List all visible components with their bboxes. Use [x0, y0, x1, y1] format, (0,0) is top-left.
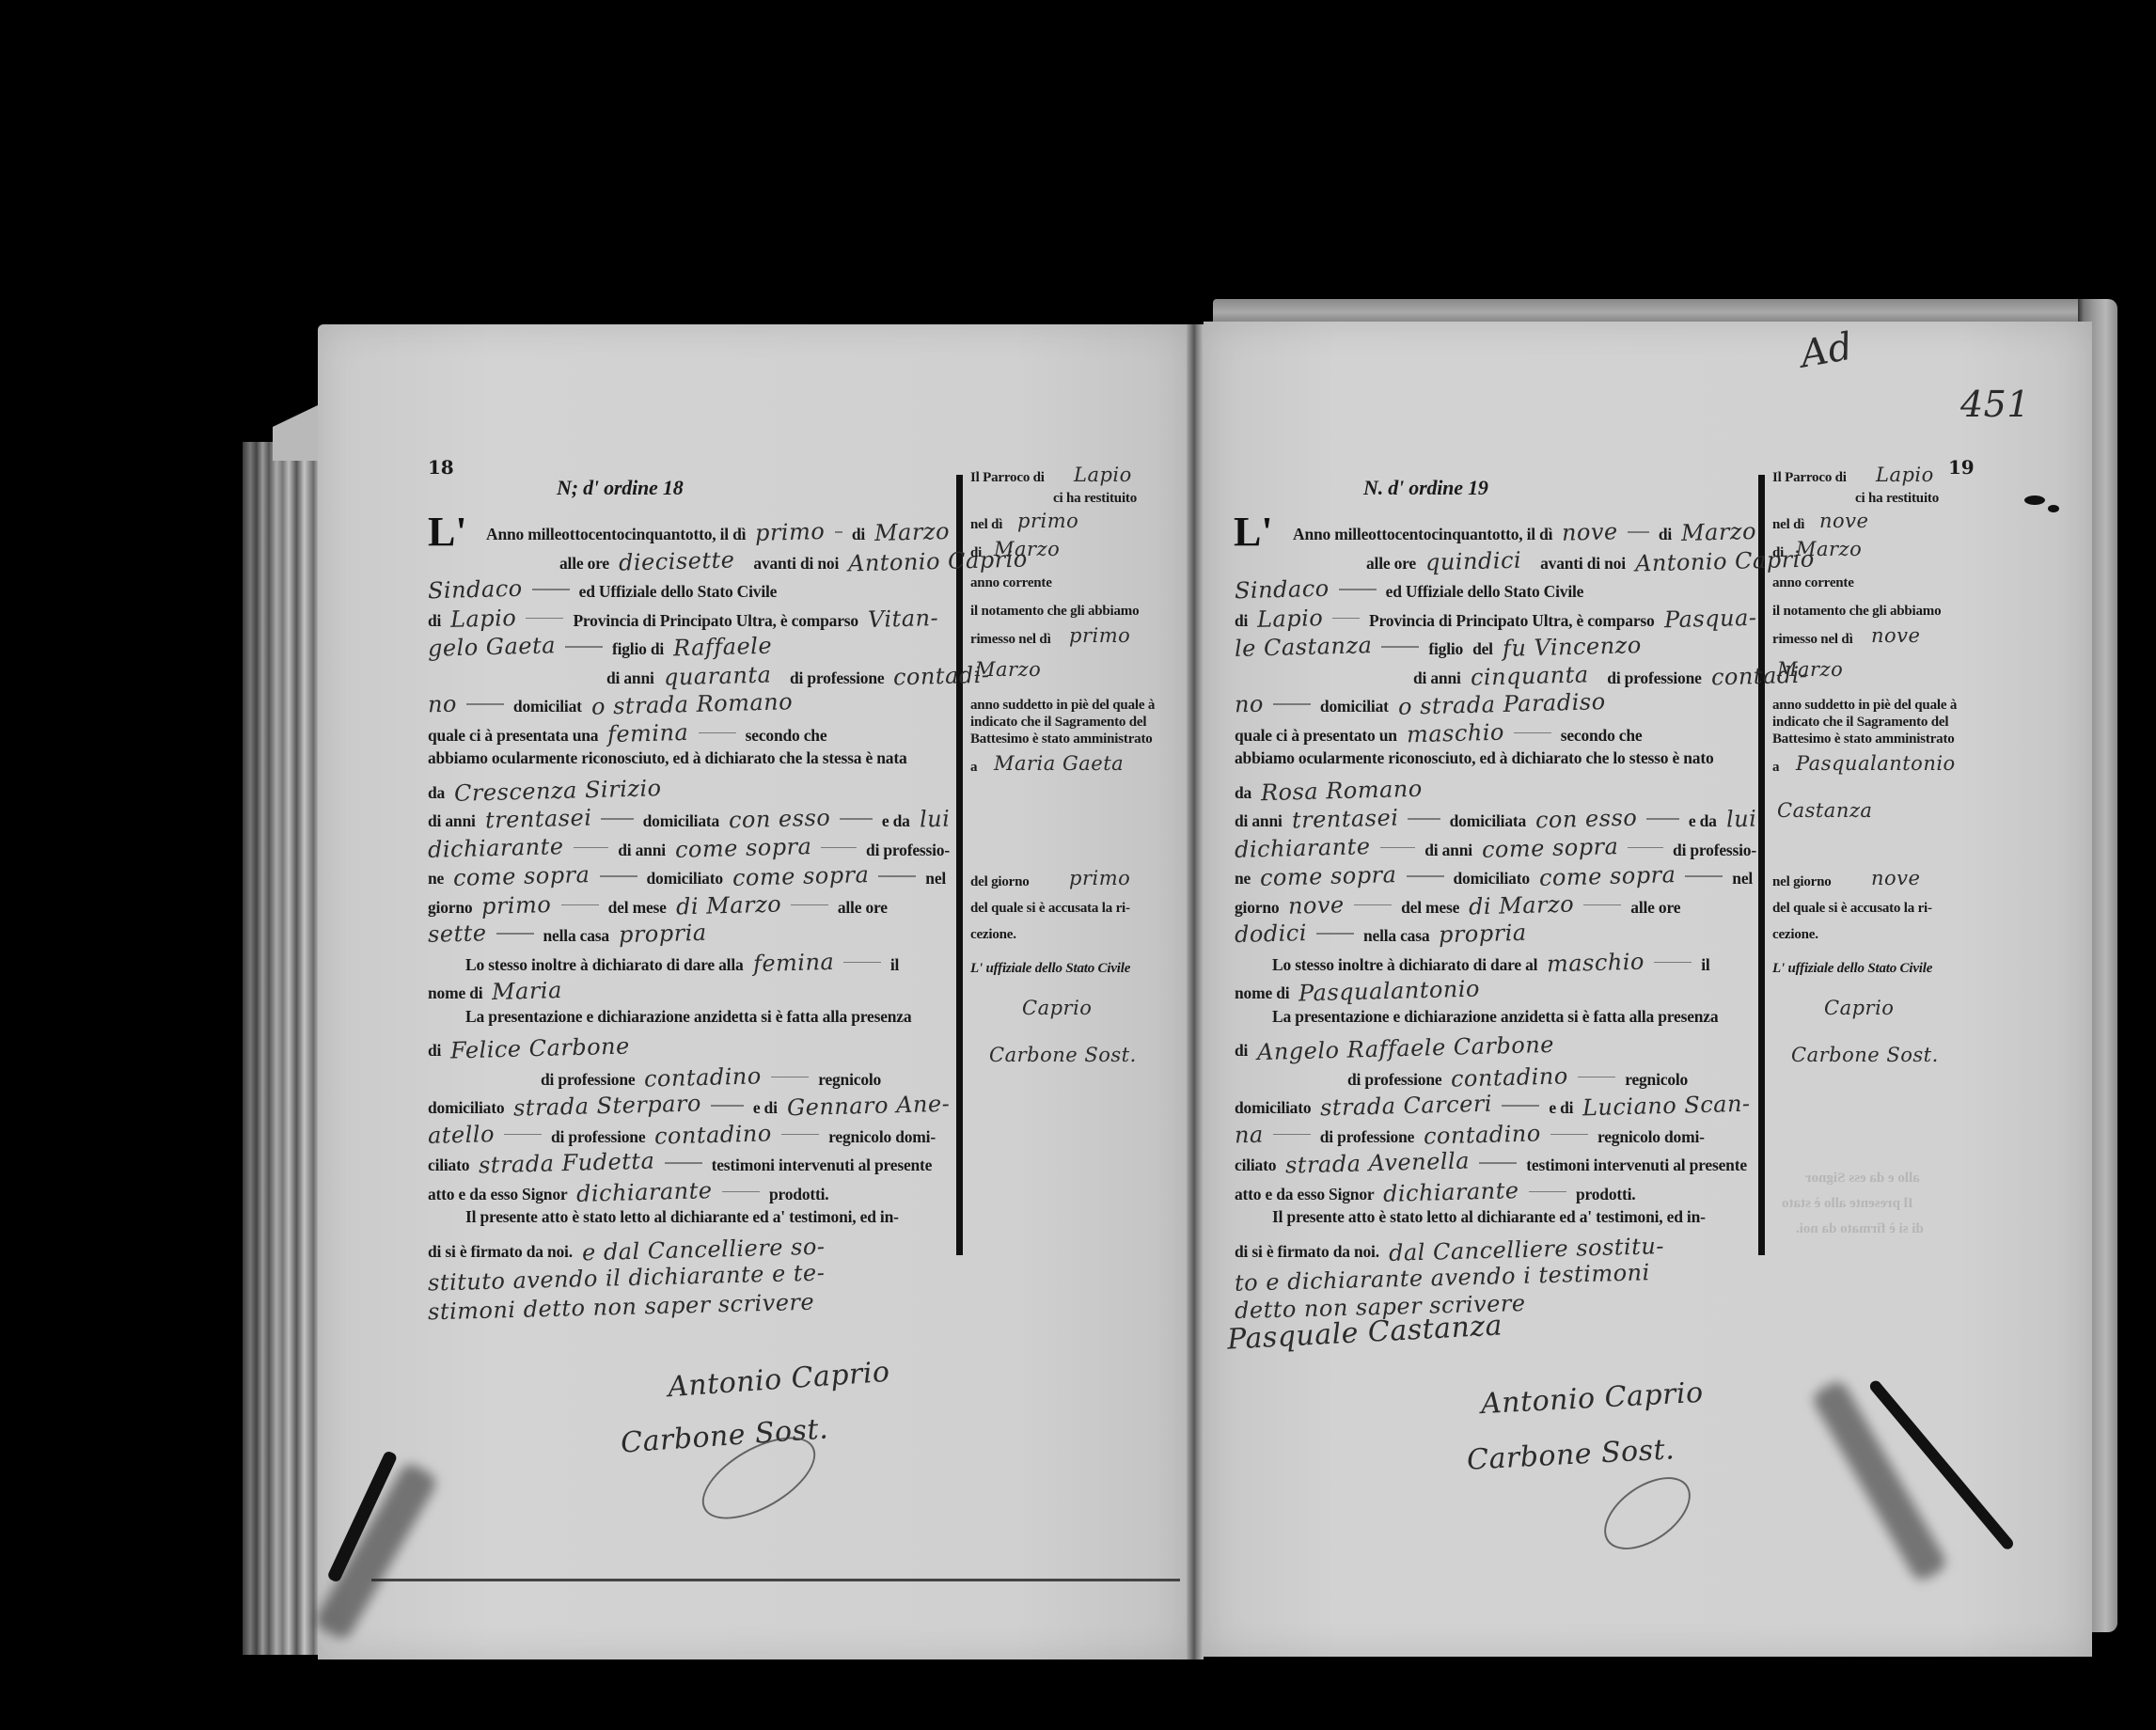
- margin-signature: Caprio: [1824, 997, 1894, 1019]
- handwritten-field: cinquanta: [1470, 661, 1588, 690]
- right-entry-number: N. d' ordine 19: [1363, 476, 1488, 500]
- handwritten-field: trentasei: [484, 805, 591, 834]
- entry-line: diAngelo Raffaele Carbone: [1235, 1035, 1756, 1062]
- fill-line: [722, 1191, 760, 1193]
- printed-text: abbiamo ocularmente riconosciuto, ed à d…: [428, 748, 907, 768]
- fill-line: [1578, 1077, 1615, 1078]
- rimesso-label: rimesso nel dì: [1772, 632, 1853, 648]
- right-initial-letter: L': [1234, 508, 1273, 556]
- entry-line: nadi professionecontadinoregnicolo domi-: [1235, 1122, 1756, 1148]
- book-left-flap: [273, 404, 320, 461]
- suddetto-line: Battesimo è stato amministrato: [1772, 731, 1955, 747]
- entry-line: Sindacoed Uffiziale dello Stato Civile: [1235, 576, 1756, 603]
- entry-line: giornonovedel mesedi Marzoalle ore: [1235, 892, 1756, 919]
- entry-line: di professionecontadinoregnicolo: [541, 1064, 950, 1091]
- entry-line: daCrescenza Sirizio: [428, 778, 950, 804]
- fill-line: [1273, 703, 1311, 705]
- handwritten-field: come sopra: [732, 861, 870, 891]
- fill-line: [1381, 646, 1419, 648]
- handwritten-field: Marzo: [874, 518, 951, 546]
- printed-text: domiciliata: [1450, 811, 1526, 831]
- show-through-text: allo e da ess Signor: [1805, 1171, 1920, 1187]
- entry-line: giornoprimodel mesedi Marzoalle ore: [428, 892, 950, 919]
- left-page-number: 18: [428, 456, 453, 479]
- printed-text: regnicolo domi-: [828, 1127, 936, 1147]
- handwritten-field: stimoni detto non saper scrivere: [428, 1288, 815, 1325]
- entry-line: atto e da esso Signordichiaranteprodotti…: [1235, 1179, 1756, 1205]
- handwritten-field: nove: [1562, 518, 1618, 546]
- printed-text: ed Uffiziale dello Stato Civile: [1386, 582, 1584, 602]
- printed-text: domiciliat: [513, 697, 582, 716]
- rimesso-value: nove: [1871, 624, 1920, 647]
- handwritten-field: contadino: [1451, 1062, 1568, 1092]
- printed-text: figlio di: [612, 639, 664, 659]
- di-label: di: [970, 545, 982, 561]
- margin-signature: Carbone Sost.: [989, 1044, 1137, 1066]
- printed-text: da: [428, 783, 445, 803]
- handwritten-field: quindici: [1425, 546, 1522, 575]
- fill-line: [1479, 1162, 1517, 1164]
- printed-text: e da: [1689, 811, 1717, 831]
- accusata-line: del quale si è accusata la ri-: [970, 901, 1130, 917]
- entry-line: atto e da esso Signordichiaranteprodotti…: [428, 1179, 950, 1205]
- handwritten-field: Marzo: [1681, 518, 1757, 546]
- handwritten-field: primo: [755, 518, 826, 546]
- printed-text: alle ore: [559, 554, 609, 574]
- nel-di-label: nel dì: [970, 517, 1002, 533]
- entry-line: Anno milleottocentocinquantotto, il dìpr…: [486, 519, 950, 545]
- printed-text: di professione: [790, 668, 884, 688]
- printed-text: Provincia di Principato Ultra, è compars…: [1369, 611, 1655, 631]
- book-left-page-edges: [243, 442, 320, 1655]
- entry-line: abbiamo ocularmente riconosciuto, ed à d…: [428, 748, 950, 768]
- entry-line: dichiarantedi annicome sopradi professio…: [1235, 835, 1756, 861]
- printed-text: di anni: [1413, 668, 1461, 688]
- printed-text: prodotti.: [1576, 1185, 1636, 1204]
- printed-text: di anni: [1424, 841, 1472, 860]
- suddetto-line: Battesimo è stato amministrato: [970, 731, 1153, 747]
- entry-line: quale ci à presentato unmaschiosecondo c…: [1235, 720, 1756, 747]
- entry-line: domiciliatostrada Carcerie diLuciano Sca…: [1235, 1093, 1756, 1119]
- left-page-bottom-rule: [371, 1579, 1180, 1581]
- printed-text: ed Uffiziale dello Stato Civile: [579, 582, 778, 602]
- fill-line: [561, 904, 599, 906]
- restituito-label: ci ha restituito: [1855, 491, 1939, 507]
- fill-line: [600, 875, 637, 877]
- handwritten-field: Lapio: [1257, 605, 1324, 633]
- baptised-name: Pasqualantonio: [1796, 752, 1956, 775]
- handwritten-field: propria: [1439, 920, 1527, 948]
- printed-text: il: [1701, 955, 1709, 975]
- handwritten-field: dichiarante: [428, 833, 564, 863]
- entry-line: nome diPasqualantonio: [1235, 978, 1756, 1004]
- fill-line: [1654, 962, 1692, 964]
- entry-line: nome diMaria: [428, 978, 950, 1004]
- fill-line: [1502, 1105, 1539, 1107]
- entry-line: nodomiciliato strada Romano: [428, 691, 950, 717]
- entry-line: diFelice Carbone: [428, 1035, 950, 1062]
- printed-text: di anni: [1235, 811, 1283, 831]
- printed-text: giorno: [428, 898, 472, 918]
- notamento-label: il notamento che gli abbiamo: [1772, 604, 1941, 620]
- entry-line: necome sopradomiciliatocome sopranel: [1235, 863, 1756, 889]
- printed-text: da: [1235, 783, 1251, 803]
- nel-di-label: nel dì: [1772, 517, 1804, 533]
- entry-line: alle orequindiciavanti di noiAntonio Cap…: [1366, 548, 1756, 574]
- fill-line: [711, 1105, 744, 1107]
- printed-text: abbiamo ocularmente riconosciuto, ed à d…: [1235, 748, 1714, 768]
- handwritten-field: propria: [619, 920, 707, 948]
- printed-text: giorno: [1235, 898, 1279, 918]
- handwritten-field: Angelo Raffaele Carbone: [1257, 1031, 1555, 1065]
- handwritten-field: contadino: [654, 1120, 772, 1149]
- entry-line: di anniquarantadi professionecontadi-: [606, 663, 950, 689]
- giorno-value: primo: [1069, 867, 1130, 889]
- fill-line: [1685, 875, 1723, 877]
- printed-text: testimoni intervenuti al presente: [1526, 1156, 1747, 1175]
- fill-line: [699, 732, 736, 734]
- fill-line: [1339, 589, 1377, 590]
- printed-text: Il presente atto è stato letto al dichia…: [1272, 1207, 1706, 1227]
- printed-text: atto e da esso Signor: [428, 1185, 567, 1204]
- handwritten-field: na: [1235, 1121, 1264, 1148]
- printed-text: di professio-: [866, 841, 950, 860]
- rimesso-value: primo: [1069, 624, 1130, 647]
- a-label: a: [1772, 760, 1779, 776]
- handwritten-field: come sopra: [1260, 861, 1397, 891]
- entry-line: di annitrentaseidomiciliatacon essoe dal…: [428, 806, 950, 832]
- printed-text: secondo che: [746, 726, 827, 746]
- fill-line: [1408, 818, 1440, 820]
- handwritten-field: come sopra: [1539, 861, 1676, 891]
- giorno-label: nel giorno: [1772, 874, 1832, 890]
- printed-text: di: [1235, 611, 1248, 631]
- entry-line: dichiarantedi annicome sopradi professio…: [428, 835, 950, 861]
- printed-text: di: [852, 525, 865, 544]
- fill-line: [1529, 1191, 1566, 1193]
- entry-line: diLapioProvincia di Principato Ultra, è …: [428, 605, 950, 632]
- entry-line: quale ci à presentata unafeminasecondo c…: [428, 720, 950, 747]
- show-through-text: Il presente allo è stato: [1782, 1196, 1913, 1212]
- fill-line: [1273, 1134, 1311, 1136]
- entry-line: to e dichiarante avendo i testimoni: [1235, 1265, 1756, 1291]
- handwritten-field: strada Avenella: [1285, 1147, 1471, 1178]
- printed-text: di si è firmato da noi.: [428, 1242, 573, 1262]
- handwritten-field: o strada Romano: [590, 688, 793, 720]
- handwritten-field: dodici: [1235, 920, 1308, 948]
- handwritten-field: quaranta: [663, 661, 771, 690]
- handwritten-field: Maria: [492, 977, 563, 1005]
- fill-line: [1514, 732, 1551, 734]
- printed-text: alle ore: [838, 898, 888, 918]
- entry-line: Il presente atto è stato letto al dichia…: [465, 1207, 950, 1227]
- printed-text: secondo che: [1561, 726, 1643, 746]
- handwritten-field: contadino: [1424, 1120, 1541, 1149]
- fill-line: [1332, 618, 1360, 620]
- right-page-number: 19: [1948, 456, 1974, 479]
- handwritten-field: dichiarante: [1235, 833, 1371, 863]
- fill-line: [1550, 1134, 1588, 1136]
- printed-text: e da: [882, 811, 910, 831]
- left-entry-number: N; d' ordine 18: [557, 476, 684, 500]
- baptised-surname: Castanza: [1777, 799, 1872, 822]
- handwritten-field: diecisette: [619, 546, 735, 575]
- printed-text: e di: [753, 1098, 778, 1118]
- entry-line: La presentazione e dichiarazione anzidet…: [465, 1007, 950, 1027]
- entry-line: nodomiciliato strada Paradiso: [1235, 691, 1756, 717]
- handwritten-field: maschio: [1547, 948, 1645, 977]
- rimesso-month: Marzo: [1777, 658, 1843, 681]
- handwritten-field: Pasqua-: [1663, 604, 1756, 633]
- entry-line: di si è firmato da noi.e dal Cancelliere…: [428, 1236, 950, 1263]
- handwritten-field: strada Sterparo: [513, 1090, 702, 1121]
- handwritten-field: con esso: [1535, 805, 1638, 834]
- show-through-text: di si è firmato da noi.: [1796, 1221, 1924, 1237]
- printed-text: domiciliata: [643, 811, 719, 831]
- fill-line: [504, 1134, 542, 1136]
- entry-line: ciliatostrada Fudettatestimoni intervenu…: [428, 1150, 950, 1176]
- printed-text: testimoni intervenuti al presente: [712, 1156, 933, 1175]
- printed-text: La presentazione e dichiarazione anzidet…: [1272, 1007, 1718, 1027]
- fill-line: [466, 703, 504, 705]
- printed-text: Provincia di Principato Ultra, è compars…: [573, 611, 858, 631]
- entry-line: necome sopradomiciliatocome sopranel: [428, 863, 950, 889]
- printed-text: di professione: [1347, 1070, 1441, 1090]
- anno-corrente: anno corrente: [1772, 575, 1854, 591]
- parroco-place: Lapio: [1876, 464, 1934, 486]
- fill-line: [878, 875, 916, 877]
- handwritten-field: Sindaco: [428, 575, 523, 605]
- fill-line: [791, 904, 828, 906]
- handwritten-field: strada Fudetta: [479, 1148, 655, 1179]
- handwritten-field: Vitan-: [868, 605, 939, 633]
- printed-text: il: [890, 955, 899, 975]
- printed-text: alle ore: [1366, 554, 1416, 574]
- fill-line: [771, 1077, 809, 1078]
- suddetto-line: anno suddetto in piè del quale à: [970, 698, 1155, 714]
- folio-number: 451: [1960, 384, 2030, 425]
- handwritten-field: con esso: [729, 805, 831, 834]
- handwritten-field: trentasei: [1291, 805, 1398, 834]
- printed-text: Lo stesso inoltre à dichiarato di dare a…: [1272, 955, 1537, 975]
- printed-text: nome di: [428, 983, 482, 1003]
- fill-line: [601, 818, 634, 820]
- handwritten-field: no: [1235, 691, 1265, 718]
- fill-line: [1407, 875, 1444, 877]
- printed-text: di anni: [618, 841, 666, 860]
- nel-di-value: primo: [1017, 510, 1078, 532]
- printed-text: avanti di noi: [753, 554, 839, 574]
- giorno-label: del giorno: [970, 874, 1030, 890]
- entry-line: domiciliatostrada Sterparoe diGennaro An…: [428, 1093, 950, 1119]
- entry-line: settenella casapropria: [428, 920, 950, 947]
- handwritten-field: Gennaro Ane-: [786, 1091, 950, 1122]
- entry-line: atellodi professionecontadinoregnicolo d…: [428, 1122, 950, 1148]
- entry-line: abbiamo ocularmente riconosciuto, ed à d…: [1235, 748, 1756, 768]
- fill-line: [526, 618, 563, 620]
- accusata-line: cezione.: [970, 927, 1016, 943]
- entry-line: di si è firmato da noi.dal Cancelliere s…: [1235, 1236, 1756, 1263]
- fill-line: [1316, 933, 1354, 935]
- printed-text: atto e da esso Signor: [1235, 1185, 1374, 1204]
- printed-text: ciliato: [428, 1156, 469, 1175]
- printed-text: regnicolo: [818, 1070, 881, 1090]
- handwritten-field: maschio: [1406, 718, 1504, 747]
- printed-text: domiciliato: [1454, 869, 1530, 889]
- margin-signature: Carbone Sost.: [1791, 1044, 1939, 1066]
- printed-text: ne: [428, 869, 444, 889]
- handwritten-field: Rosa Romano: [1261, 775, 1423, 805]
- fill-line: [532, 589, 570, 590]
- printed-text: domiciliat: [1320, 697, 1389, 716]
- handwritten-field: no: [428, 691, 458, 718]
- entry-line: stituto avendo il dichiarante e te-: [428, 1265, 950, 1291]
- handwritten-field: Raffaele: [673, 633, 773, 662]
- printed-text: di professione: [551, 1127, 645, 1147]
- printed-text: quale ci à presentata una: [428, 726, 598, 746]
- ink-blot: [2024, 495, 2045, 505]
- handwritten-field: Antonio Caprio: [1635, 545, 1815, 576]
- handwritten-field: Luciano Scan-: [1582, 1091, 1751, 1122]
- handwritten-field: contadino: [644, 1062, 762, 1092]
- handwritten-field: fu Vincenzo: [1503, 632, 1642, 662]
- folio-annotation: Ad: [1797, 325, 1856, 377]
- fill-line: [840, 818, 873, 820]
- left-initial-letter: L': [428, 508, 467, 556]
- printed-text: nella casa: [1363, 926, 1429, 946]
- entry-line: di annitrentaseidomiciliatacon essoe dal…: [1235, 806, 1756, 832]
- printed-text: regnicolo: [1625, 1070, 1688, 1090]
- notamento-label: il notamento che gli abbiamo: [970, 604, 1139, 620]
- rimesso-month: Marzo: [975, 658, 1041, 681]
- ufficiale-label: L' uffiziale dello Stato Civile: [1772, 961, 1932, 977]
- restituito-label: ci ha restituito: [1053, 491, 1137, 507]
- fill-line: [1380, 847, 1416, 849]
- fill-line: [835, 531, 842, 533]
- entry-line: Sindacoed Uffiziale dello Stato Civile: [428, 576, 950, 603]
- nel-di-value: nove: [1819, 510, 1868, 532]
- printed-text: di anni: [428, 811, 476, 831]
- accusata-line: del quale si è accusato la ri-: [1772, 901, 1932, 917]
- handwritten-field: Sindaco: [1235, 575, 1330, 605]
- book-gutter: [1187, 324, 1204, 1659]
- parroco-label: Il Parroco di: [1772, 470, 1847, 486]
- printed-text: di: [1659, 525, 1672, 544]
- printed-text: quale ci à presentato un: [1235, 726, 1397, 746]
- printed-text: nel: [1732, 869, 1753, 889]
- giorno-value: nove: [1871, 867, 1920, 889]
- fill-line: [574, 847, 609, 849]
- printed-text: del mese: [608, 898, 667, 918]
- entry-line: alle orediecisetteavanti di noiAntonio C…: [559, 548, 950, 574]
- printed-text: di: [1235, 1041, 1248, 1061]
- printed-text: domiciliato: [428, 1098, 504, 1118]
- printed-text: regnicolo domi-: [1597, 1127, 1705, 1147]
- printed-text: del mese: [1401, 898, 1459, 918]
- accusata-line: cezione.: [1772, 927, 1818, 943]
- handwritten-field: femina: [752, 948, 834, 976]
- entry-line: Lo stesso inoltre à dichiarato di dare a…: [1272, 950, 1756, 976]
- printed-text: di professione: [541, 1070, 635, 1090]
- fill-line: [1354, 904, 1392, 906]
- handwritten-field: Lapio: [450, 605, 517, 633]
- printed-text: alle ore: [1630, 898, 1680, 918]
- printed-text: di professio-: [1673, 841, 1756, 860]
- fill-line: [1646, 818, 1679, 820]
- left-margin-divider: [956, 475, 963, 1255]
- handwritten-field: Felice Carbone: [450, 1033, 630, 1064]
- printed-text: di anni: [606, 668, 654, 688]
- handwritten-field: lui: [1725, 806, 1756, 833]
- handwritten-field: strada Carceri: [1320, 1091, 1493, 1122]
- fill-line: [565, 646, 603, 648]
- printed-text: nel: [925, 869, 946, 889]
- printed-text: Anno milleottocentocinquantotto, il dì: [1293, 525, 1552, 544]
- fill-line: [781, 1134, 819, 1136]
- suddetto-line: indicato che il Sagramento del: [1772, 715, 1948, 731]
- handwritten-field: come sopra: [675, 833, 812, 863]
- handwritten-field: le Castanza: [1235, 632, 1373, 662]
- handwritten-field: atello: [428, 1121, 496, 1149]
- fill-line: [821, 847, 857, 849]
- handwritten-field: to e dichiarante avendo i testimoni: [1235, 1259, 1650, 1297]
- printed-text: domiciliato: [1235, 1098, 1311, 1118]
- fill-line: [1628, 531, 1649, 533]
- rimesso-label: rimesso nel dì: [970, 632, 1051, 648]
- printed-text: Anno milleottocentocinquantotto, il dì: [486, 525, 746, 544]
- suddetto-line: indicato che il Sagramento del: [970, 715, 1146, 731]
- printed-text: Il presente atto è stato letto al dichia…: [465, 1207, 899, 1227]
- entry-line: Lo stesso inoltre à dichiarato di dare a…: [465, 950, 950, 976]
- printed-text: domiciliato: [647, 869, 723, 889]
- handwritten-field: femina: [607, 718, 689, 747]
- fill-line: [843, 962, 881, 964]
- anno-corrente: anno corrente: [970, 575, 1052, 591]
- handwritten-field: o strada Paradiso: [1397, 688, 1605, 720]
- right-margin-divider: [1758, 475, 1765, 1255]
- handwritten-field: come sopra: [453, 861, 590, 891]
- a-label: a: [970, 760, 977, 776]
- printed-text: e di: [1549, 1098, 1573, 1118]
- fill-line: [496, 933, 534, 935]
- handwritten-field: Pasqualantonio: [1298, 975, 1481, 1006]
- entry-line: di professionecontadinoregnicolo: [1347, 1064, 1756, 1091]
- fill-line: [1628, 847, 1663, 849]
- printed-text: ciliato: [1235, 1156, 1276, 1175]
- printed-text: prodotti.: [769, 1185, 829, 1204]
- fill-line: [665, 1162, 702, 1164]
- handwritten-field: di Marzo: [1469, 890, 1575, 920]
- suddetto-line: anno suddetto in piè del quale à: [1772, 698, 1957, 714]
- printed-text: di si è firmato da noi.: [1235, 1242, 1379, 1262]
- entry-line: di annicinquantadi professionecontadi-: [1413, 663, 1756, 689]
- margin-signature: Caprio: [1022, 997, 1092, 1019]
- handwritten-field: di Marzo: [675, 890, 781, 920]
- di-value: Marzo: [994, 538, 1060, 560]
- printed-text: Lo stesso inoltre à dichiarato di dare a…: [465, 955, 744, 975]
- handwritten-field: nove: [1288, 891, 1345, 920]
- handwritten-field: dichiarante: [1383, 1177, 1519, 1207]
- handwritten-field: lui: [919, 806, 950, 833]
- handwritten-field: primo: [481, 891, 552, 920]
- handwritten-field: Crescenza Sirizio: [454, 775, 662, 807]
- printed-text: di professione: [1320, 1127, 1414, 1147]
- printed-text: del: [1472, 639, 1493, 659]
- parroco-place: Lapio: [1074, 464, 1132, 486]
- entry-line: Anno milleottocentocinquantotto, il dìno…: [1293, 519, 1756, 545]
- entry-line: gelo Gaetafiglio diRaffaele: [428, 634, 950, 660]
- printed-text: ne: [1235, 869, 1251, 889]
